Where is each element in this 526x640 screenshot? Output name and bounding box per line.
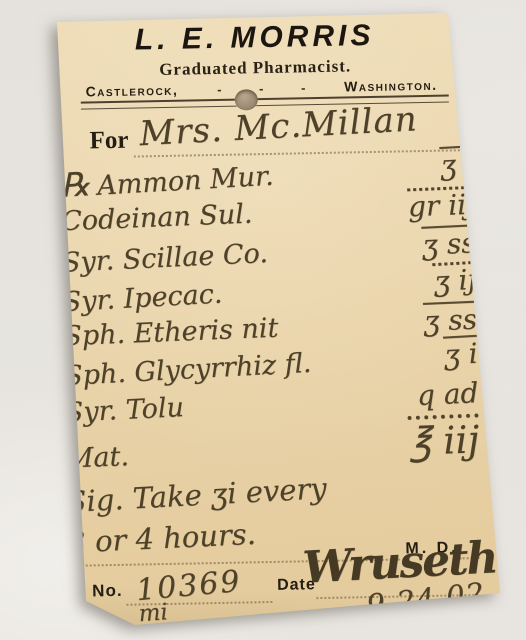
pharmacy-subtitle: Graduated Pharmacist. bbox=[110, 55, 400, 81]
rx-symbol: ℞ bbox=[59, 164, 91, 205]
no-label: No. bbox=[92, 581, 123, 602]
rx-line-quantity: ʒ ss bbox=[421, 226, 476, 261]
rx-line-ingredient: Sig. Take ʒi every bbox=[66, 471, 328, 519]
city-label: Castlerock, bbox=[85, 82, 178, 100]
separator-dashes: - - - bbox=[217, 80, 305, 97]
prescription-card: L. E. MORRIS Graduated Pharmacist. Castl… bbox=[0, 0, 526, 640]
rx-line-quantity: ℥ iij bbox=[408, 417, 480, 464]
rx-line-ingredient: Codeinan Sul. bbox=[61, 199, 253, 238]
for-label: For bbox=[89, 127, 128, 156]
rx-line-ingredient: Syr. Ipecac. bbox=[62, 279, 223, 319]
rx-line-quantity: gr iij bbox=[407, 188, 475, 224]
rx-line-quantity: ʒ ij bbox=[433, 263, 477, 298]
rx-line-ingredient: 3 or 4 hours. bbox=[67, 517, 257, 560]
prescription-content: L. E. MORRIS Graduated Pharmacist. Castl… bbox=[0, 0, 526, 640]
rx-line-quantity: ʒ ss bbox=[423, 303, 478, 338]
wall-background: L. E. MORRIS Graduated Pharmacist. Castl… bbox=[0, 0, 526, 640]
number-note: mi bbox=[138, 599, 169, 627]
rx-line-quantity: ʒ i bbox=[439, 147, 475, 182]
rx-line-ingredient: Mat. bbox=[65, 441, 129, 474]
rx-line-ingredient: Syr. Scillae Co. bbox=[61, 238, 268, 279]
rx-line-quantity: ʒ i bbox=[443, 337, 478, 372]
rx-line-ingredient: Syr. Tolu bbox=[64, 392, 184, 429]
rx-line-ingredient: Sph. Etheris nit bbox=[63, 313, 279, 353]
paper-shadow: L. E. MORRIS Graduated Pharmacist. Castl… bbox=[0, 0, 526, 640]
rx-line-quantity: q ad bbox=[416, 376, 479, 412]
pharmacy-name: L. E. MORRIS bbox=[109, 18, 400, 58]
state-label: Washington. bbox=[344, 77, 438, 95]
